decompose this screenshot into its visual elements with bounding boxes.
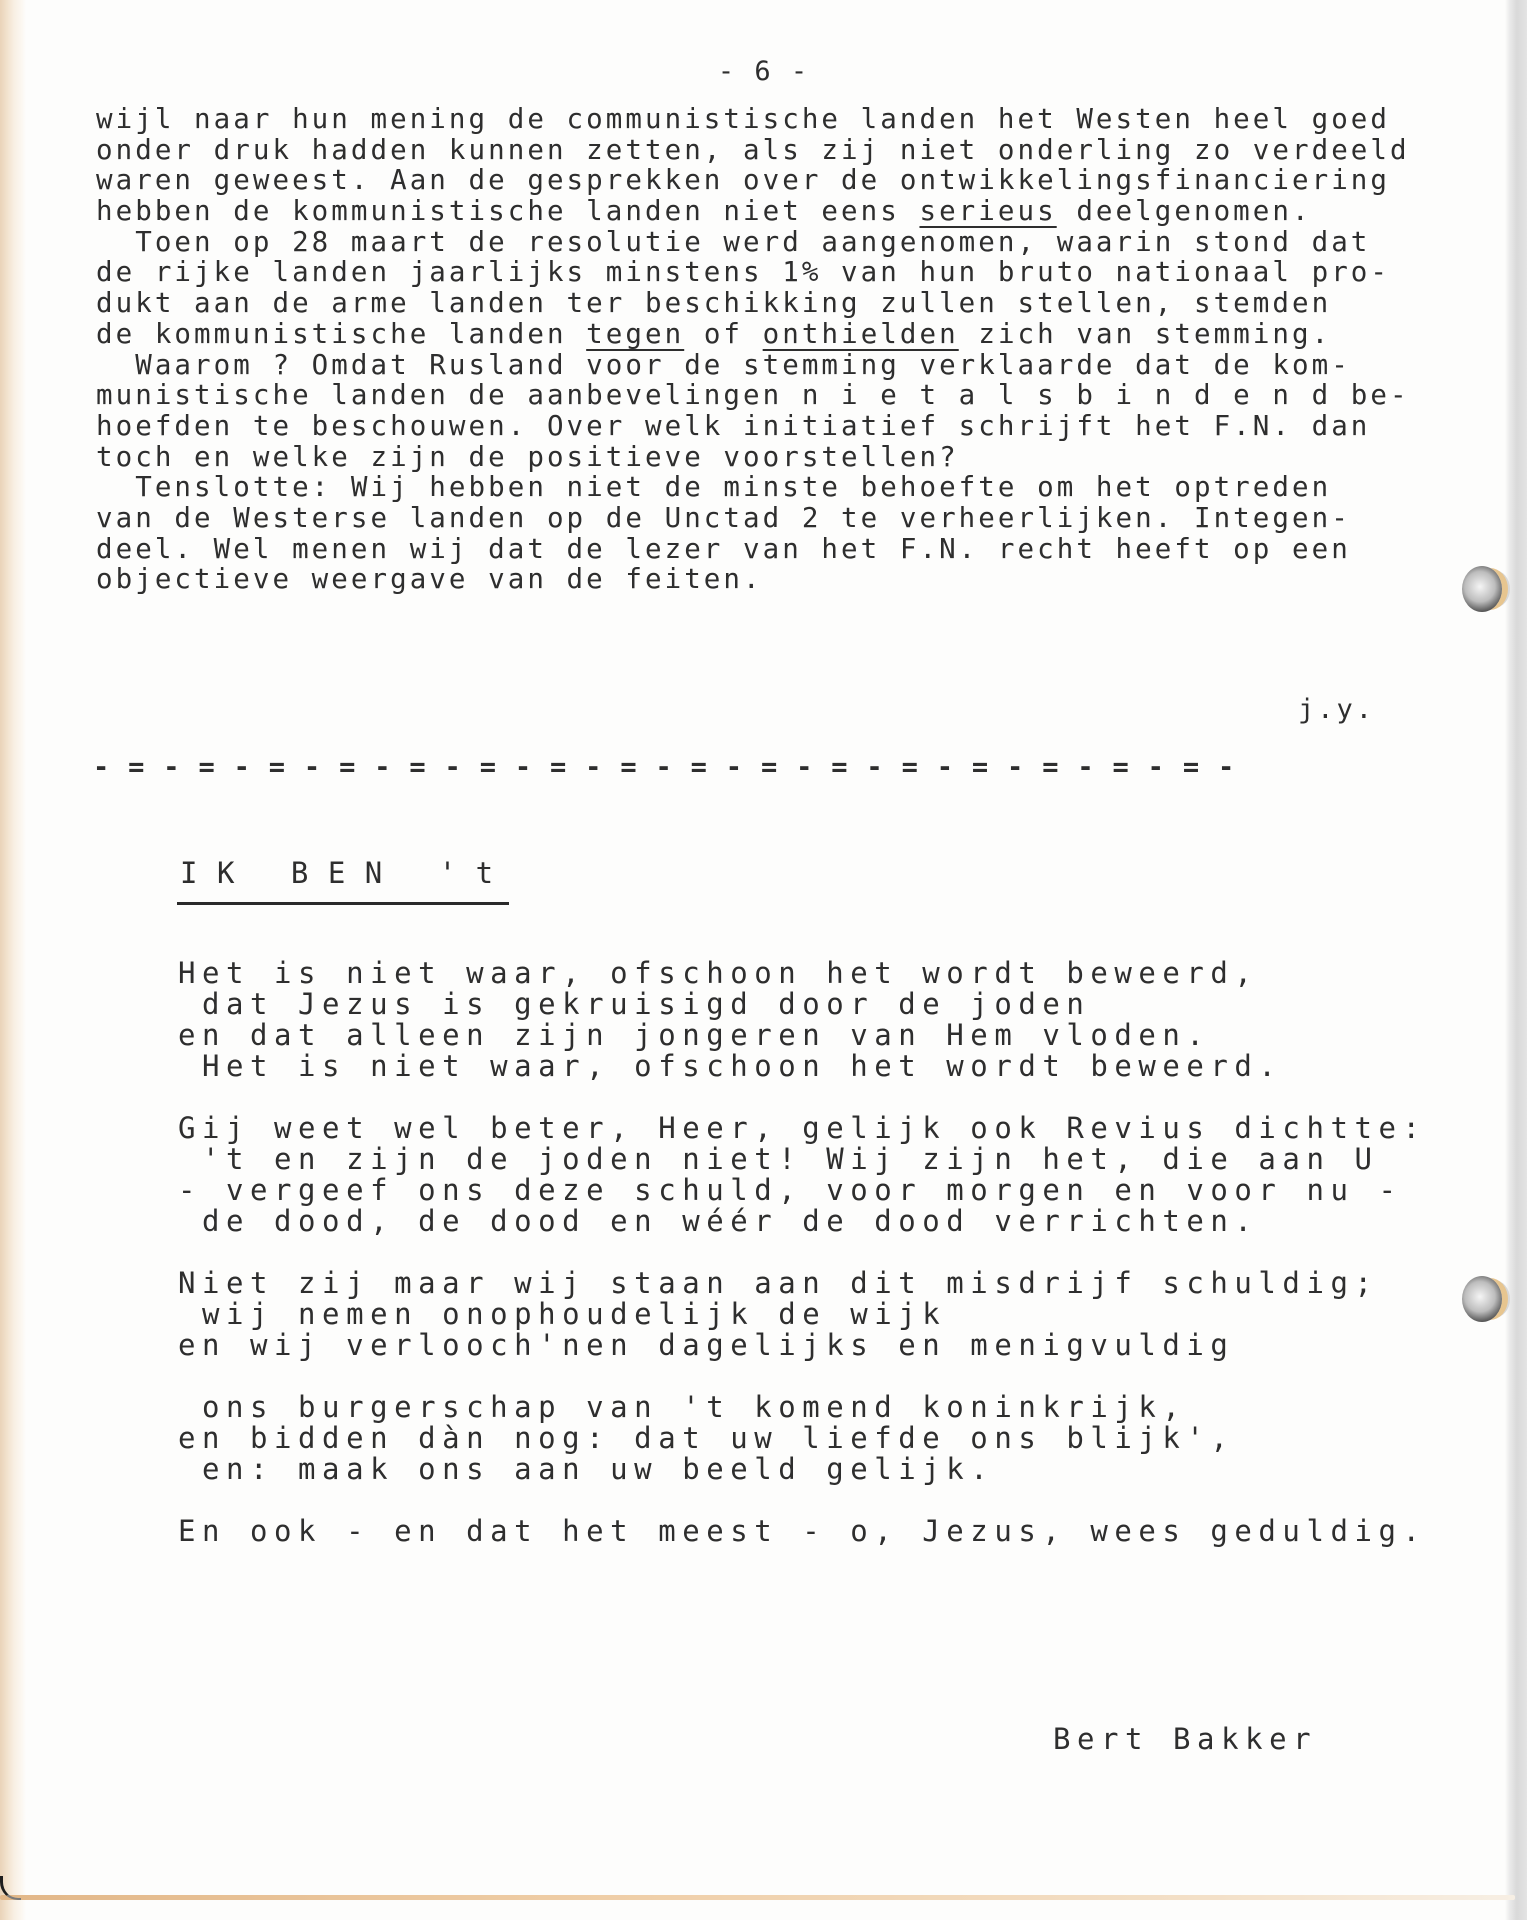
text-segment: wijl naar hun mening de communistische l… (96, 103, 1390, 135)
poem-title-underline (177, 902, 509, 905)
poem-line: - vergeef ons deze schuld, voor morgen e… (178, 1175, 1427, 1206)
article-line: de kommunistische landen tegen of onthie… (96, 319, 1466, 350)
poem-stanza: Niet zij maar wij staan aan dit misdrijf… (178, 1268, 1427, 1361)
article-line: onder druk hadden kunnen zetten, als zij… (96, 135, 1466, 166)
poem-body: Het is niet waar, ofschoon het wordt bew… (178, 958, 1427, 1578)
poem-stanza: Gij weet wel beter, Heer, gelijk ook Rev… (178, 1113, 1427, 1237)
text-segment: deelgenomen. (1057, 195, 1312, 227)
poem-line: En ook - en dat het meest - o, Jezus, we… (178, 1516, 1427, 1547)
article-signature: j.y. (1298, 694, 1375, 725)
article-line: munistische landen de aanbevelingen n i … (96, 380, 1466, 411)
article-line: toch en welke zijn de positieve voorstel… (96, 442, 1466, 473)
poem-line: dat Jezus is gekruisigd door de joden (178, 989, 1427, 1020)
poem-line: de dood, de dood en wéér de dood verrich… (178, 1206, 1427, 1237)
poem-line: Het is niet waar, ofschoon het wordt bew… (178, 1051, 1427, 1082)
text-segment: deel. Wel menen wij dat de lezer van het… (96, 533, 1351, 565)
text-segment: de rijke landen jaarlijks minstens 1% va… (96, 256, 1390, 288)
poem-line: 't en zijn de joden niet! Wij zijn het, … (178, 1144, 1427, 1175)
binder-hole-icon (1462, 1276, 1502, 1322)
poem-line: en dat alleen zijn jongeren van Hem vlod… (178, 1020, 1427, 1051)
text-segment: waren geweest. Aan de gesprekken over de… (96, 164, 1390, 196)
article-line: Tenslotte: Wij hebben niet de minste beh… (96, 472, 1466, 503)
article-line: deel. Wel menen wij dat de lezer van het… (96, 534, 1466, 565)
article-line: Waarom ? Omdat Rusland voor de stemming … (96, 350, 1466, 381)
article-line: de rijke landen jaarlijks minstens 1% va… (96, 257, 1466, 288)
poem-line: wij nemen onophoudelijk de wijk (178, 1299, 1427, 1330)
poem-stanza: En ook - en dat het meest - o, Jezus, we… (178, 1516, 1427, 1547)
section-separator: -=-=-=-=-=-=-=-=-=-=-=-=-=-=-=-=- (93, 752, 1433, 783)
underlined-word: onthielden (763, 318, 959, 350)
text-segment: onder druk hadden kunnen zetten, als zij… (96, 134, 1410, 166)
underlined-word: serieus (919, 195, 1056, 227)
paper-right-edge (1505, 0, 1527, 1920)
underlined-word: tegen (586, 318, 684, 350)
article-body: wijl naar hun mening de communistische l… (96, 104, 1466, 595)
text-segment: munistische landen de aanbevelingen n i … (96, 379, 1410, 411)
binder-hole-icon (1462, 566, 1502, 612)
poem-line: Het is niet waar, ofschoon het wordt bew… (178, 958, 1427, 989)
article-line: objectieve weergave van de feiten. (96, 564, 1466, 595)
poem-line: en bidden dàn nog: dat uw liefde ons bli… (178, 1423, 1427, 1454)
article-line: dukt aan de arme landen ter beschikking … (96, 288, 1466, 319)
text-segment: de kommunistische landen (96, 318, 586, 350)
poem-line: en wij verlooch'nen dagelijks en menigvu… (178, 1330, 1427, 1361)
text-segment: toch en welke zijn de positieve voorstel… (96, 441, 959, 473)
poem-line: ons burgerschap van 't komend koninkrijk… (178, 1392, 1427, 1423)
poem-title: IK BEN 't (180, 856, 513, 890)
poem-line: Niet zij maar wij staan aan dit misdrijf… (178, 1268, 1427, 1299)
article-line: wijl naar hun mening de communistische l… (96, 104, 1466, 135)
article-line: Toen op 28 maart de resolutie werd aange… (96, 227, 1466, 258)
text-segment: Toen op 28 maart de resolutie werd aange… (96, 226, 1370, 258)
poem-author: Bert Bakker (1053, 1722, 1317, 1756)
poem-line: en: maak ons aan uw beeld gelijk. (178, 1454, 1427, 1485)
text-segment: van de Westerse landen op de Unctad 2 te… (96, 502, 1351, 534)
article-line: van de Westerse landen op de Unctad 2 te… (96, 503, 1466, 534)
text-segment: hoefden te beschouwen. Over welk initiat… (96, 410, 1370, 442)
poem-line: Gij weet wel beter, Heer, gelijk ook Rev… (178, 1113, 1427, 1144)
article-line: hoefden te beschouwen. Over welk initiat… (96, 411, 1466, 442)
article-line: hebben de kommunistische landen niet een… (96, 196, 1466, 227)
text-segment: hebben de kommunistische landen niet een… (96, 195, 919, 227)
text-segment: of (684, 318, 762, 350)
text-segment: Waarom ? Omdat Rusland voor de stemming … (96, 349, 1351, 381)
poem-stanza: ons burgerschap van 't komend koninkrijk… (178, 1392, 1427, 1485)
text-segment: Tenslotte: Wij hebben niet de minste beh… (96, 471, 1331, 503)
text-segment: dukt aan de arme landen ter beschikking … (96, 287, 1331, 319)
article-line: waren geweest. Aan de gesprekken over de… (96, 165, 1466, 196)
poem-stanza: Het is niet waar, ofschoon het wordt bew… (178, 958, 1427, 1082)
paper-left-edge (0, 0, 26, 1920)
paper-bottom-edge (0, 1895, 1515, 1900)
text-segment: zich van stemming. (959, 318, 1332, 350)
page-number: - 6 - (0, 56, 1527, 87)
text-segment: objectieve weergave van de feiten. (96, 563, 763, 595)
